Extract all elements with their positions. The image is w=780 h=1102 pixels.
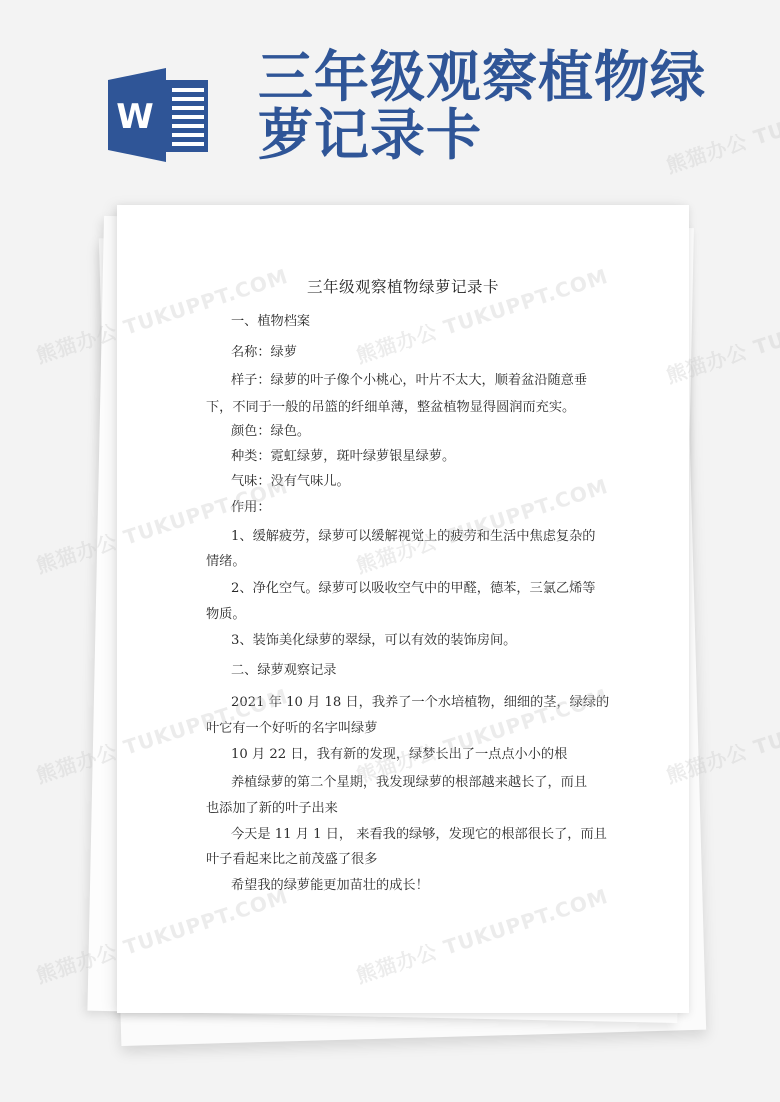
document-title: 三年级观察植物绿萝记录卡 xyxy=(117,275,689,297)
svg-text:W: W xyxy=(116,97,154,137)
document-line: 养植绿萝的第二个星期，我发现绿萝的根部越来越长了，而且 xyxy=(231,774,631,792)
document-line: 叶它有一个好听的名字叫绿萝 xyxy=(206,720,606,738)
document-line: 气味：没有气味儿。 xyxy=(231,473,631,491)
document-line: 名称：绿萝 xyxy=(231,344,631,362)
document-line: 样子：绿萝的叶子像个小桃心，叶片不太大，顺着盆沿随意垂 xyxy=(231,372,631,390)
word-document-icon: W xyxy=(106,66,212,164)
document-page: 三年级观察植物绿萝记录卡 一、植物档案名称：绿萝样子：绿萝的叶子像个小桃心，叶片… xyxy=(117,205,689,1013)
document-line: 叶子看起来比之前茂盛了很多 xyxy=(206,851,606,869)
heading-line-1: 三年级观察植物绿 xyxy=(258,48,728,106)
document-line: 颜色：绿色。 xyxy=(231,423,631,441)
document-line: 下，不同于一般的吊篮的纤细单薄，整盆植物显得圆润而充实。 xyxy=(206,399,606,417)
heading-line-2: 萝记录卡 xyxy=(258,106,728,164)
document-line: 2、净化空气。绿萝可以吸收空气中的甲醛，德苯，三氯乙烯等 xyxy=(231,580,631,598)
document-line: 作用： xyxy=(231,499,631,517)
document-line: 也添加了新的叶子出来 xyxy=(206,800,606,818)
document-line: 今天是 11 月 1 日， 来看我的绿够，发现它的根部很长了，而且 xyxy=(231,826,631,844)
document-line: 2021 年 10 月 18 日，我养了一个水培植物，细细的茎，绿绿的 xyxy=(231,694,631,712)
document-line: 1、缓解疲劳，绿萝可以缓解视觉上的疲劳和生活中焦虑复杂的 xyxy=(231,528,631,546)
document-line: 二、绿萝观察记录 xyxy=(231,662,631,680)
page-heading: 三年级观察植物绿 萝记录卡 xyxy=(258,48,728,164)
document-line: 10 月 22 日，我有新的发现，绿梦长出了一点点小小的根 xyxy=(231,746,631,764)
document-line: 情绪。 xyxy=(206,553,606,571)
document-line: 希望我的绿萝能更加苗壮的成长！ xyxy=(231,877,631,895)
document-line: 物质。 xyxy=(206,606,606,624)
document-line: 种类：霓虹绿萝，斑叶绿萝银星绿萝。 xyxy=(231,448,631,466)
document-line: 一、植物档案 xyxy=(231,313,631,331)
document-line: 3、装饰美化绿萝的翠绿，可以有效的装饰房间。 xyxy=(231,632,631,650)
